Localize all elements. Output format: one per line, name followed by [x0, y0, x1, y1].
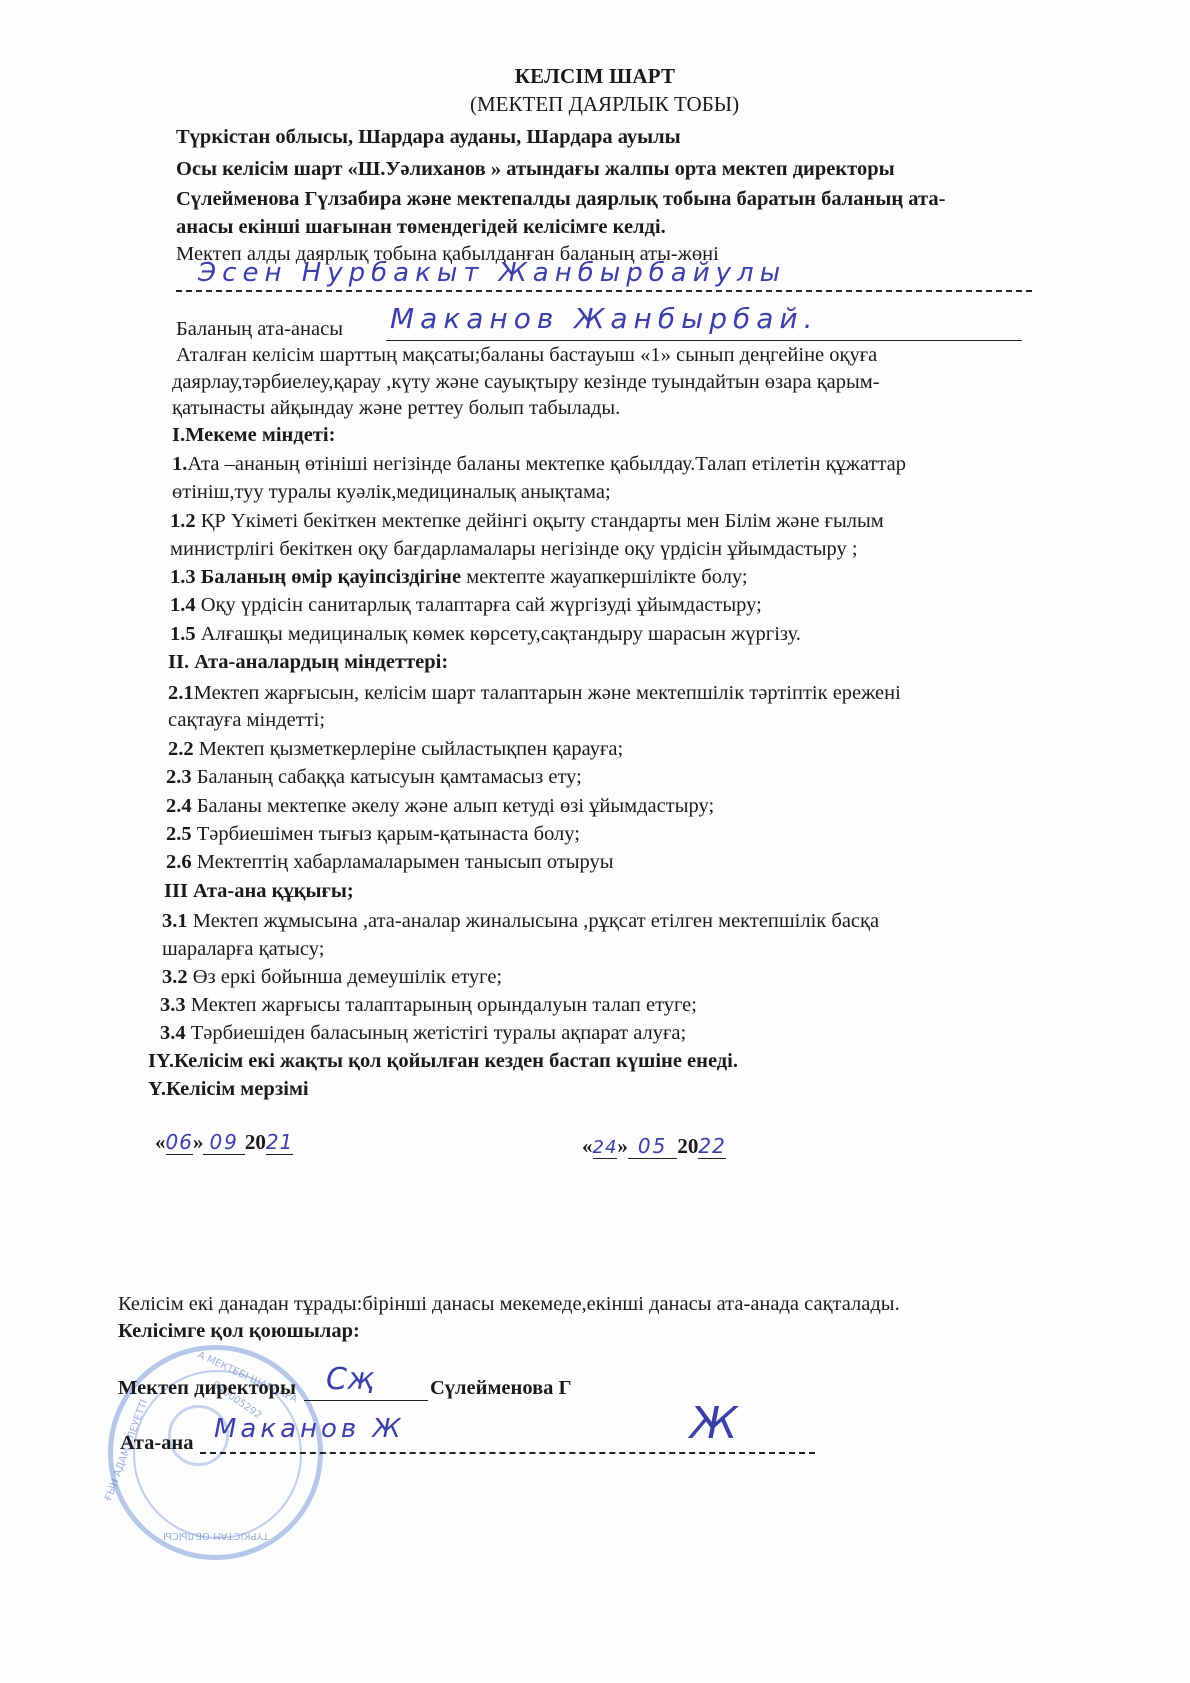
item-number: 1.5	[170, 623, 196, 645]
intro-line-1: Осы келісім шарт «Ш.Уәлиханов » атындағы…	[176, 158, 895, 181]
item-number: 2.1	[168, 682, 194, 704]
item-number: 1.4	[170, 594, 196, 616]
item-number: 1.	[172, 453, 187, 475]
item-number: 2.6	[166, 851, 192, 873]
item-number: 1.3	[170, 566, 196, 588]
purpose-line-3: қатынасты айқындау және реттеу болып таб…	[172, 397, 620, 420]
section-4: IY.Келісім екі жақты қол қойылған кезден…	[148, 1050, 738, 1073]
item-text: мектепте жауапкершілікте болу;	[461, 566, 748, 588]
end-month[interactable]: 05	[628, 1134, 677, 1159]
item-text: Тәрбиешіден баласының жетістігі туралы а…	[186, 1022, 687, 1044]
section-2-item-4: 2.4 Баланы мектепке әкелу және алып кету…	[166, 795, 714, 818]
item-text: Мектептің хабарламаларымен танысып отыру…	[192, 851, 614, 873]
year-prefix: 20	[677, 1134, 698, 1158]
section-3-heading: III Ата-ана құқығы;	[164, 880, 354, 903]
item-bold-text: Баланың өмір қауіпсіздігіне	[196, 566, 461, 588]
end-year[interactable]: 22	[698, 1134, 725, 1159]
quote-open: «	[582, 1134, 593, 1158]
child-name-handwriting: Эсен Нурбакыт Жанбырбайулы	[198, 258, 786, 288]
item-text: Баланы мектепке әкелу және алып кетуді ө…	[192, 795, 715, 817]
document-title: КЕЛСІМ ШАРТ	[0, 64, 1190, 89]
end-day[interactable]: 24	[593, 1137, 618, 1159]
section-3-item-3: 3.3 Мектеп жарғысы талаптарының орындалу…	[160, 994, 697, 1017]
item-text: ҚР Үкіметі бекіткен мектепке дейінгі оқы…	[196, 510, 884, 532]
section-1-item-5: 1.5 Алғашқы медициналық көмек көрсету,са…	[170, 623, 801, 646]
director-signature-line[interactable]: Сҗ	[304, 1378, 428, 1401]
section-3-item-4: 3.4 Тәрбиешіден баласының жетістігі тура…	[160, 1022, 686, 1045]
item-text: Тәрбиешімен тығыз қарым-қатынаста болу;	[192, 823, 580, 845]
stamp-text-bottom: ТҮРКІСТАН ОБЛЫСЫ	[163, 1530, 269, 1541]
parent-handwriting: Маканов Жанбырбай.	[390, 302, 819, 335]
director-signature: Сҗ	[326, 1362, 374, 1397]
item-text: Мектеп жұмысына ,ата-аналар жиналысына ,…	[188, 910, 879, 932]
section-1-item-1-cont: өтініш,туу туралы куәлік,медициналық аны…	[172, 481, 611, 504]
item-text: Мектеп жарғысы талаптарының орындалуын т…	[186, 994, 697, 1016]
section-2-item-3: 2.3 Баланың сабаққа катысуын қамтамасыз …	[166, 766, 582, 789]
item-text: Мектеп қызметкерлеріне сыйластықпен қара…	[194, 738, 624, 760]
item-number: 1.2	[170, 510, 196, 532]
item-text: Өз еркі бойынша демеушілік етуге;	[188, 966, 503, 988]
section-2-item-1-cont: сақтауға міндетті;	[168, 709, 325, 732]
director-label: Мектеп директоры	[118, 1377, 296, 1400]
item-text: Мектеп жарғысын, келісім шарт талаптарын…	[194, 682, 901, 704]
document-subtitle: (МЕКТЕП ДАЯРЛЫК ТОБЫ)	[470, 92, 739, 117]
parent-label: Баланың ата-анасы	[176, 318, 343, 341]
intro-line-2: Сүлейменова Гүлзабира және мектепалды да…	[176, 188, 945, 211]
section-1-item-1: 1.Ата –ананың өтініші негізінде баланы м…	[172, 453, 906, 476]
director-name: Сүлейменова Г	[430, 1377, 572, 1400]
section-1-heading: I.Мекеме міндеті:	[172, 424, 335, 447]
item-number: 3.3	[160, 994, 186, 1016]
item-number: 2.3	[166, 766, 192, 788]
item-text: Ата –ананың өтініші негізінде баланы мек…	[187, 453, 906, 475]
section-3-item-1: 3.1 Мектеп жұмысына ,ата-аналар жиналысы…	[162, 910, 879, 933]
section-1-item-2-cont: министрлігі бекіткен оқу бағдарламалары …	[170, 538, 858, 561]
parent-signature: Ж	[690, 1398, 737, 1449]
section-5: Y.Келісім мерзімі	[148, 1078, 309, 1101]
intro-line-3: анасы екінші шағынан төмендегідей келісі…	[176, 216, 666, 239]
section-1-item-3: 1.3 Баланың өмір қауіпсіздігіне мектепте…	[170, 566, 748, 589]
copies-note: Келісім екі данадан тұрады:бірінші данас…	[118, 1293, 900, 1316]
section-3-item-1-cont: шараларға қатысу;	[162, 938, 324, 961]
parent-signature-line[interactable]: Маканов Ж Ж	[200, 1432, 815, 1454]
item-number: 2.4	[166, 795, 192, 817]
item-number: 3.1	[162, 910, 188, 932]
item-number: 3.4	[160, 1022, 186, 1044]
item-text: Оқу үрдісін санитарлық талаптарға сай жү…	[196, 594, 762, 616]
end-date: «24»052022	[582, 1134, 726, 1159]
section-2-item-2: 2.2 Мектеп қызметкерлеріне сыйластықпен …	[168, 738, 623, 761]
section-2-item-5: 2.5 Тәрбиешімен тығыз қарым-қатынаста бо…	[166, 823, 580, 846]
section-2-item-1: 2.1Мектеп жарғысын, келісім шарт талапта…	[168, 682, 901, 705]
year-prefix: 20	[245, 1130, 266, 1154]
item-number: 2.2	[168, 738, 194, 760]
item-number: 2.5	[166, 823, 192, 845]
quote-close: »	[193, 1130, 204, 1154]
start-month[interactable]: 09	[203, 1130, 244, 1155]
parent-sign-label: Ата-ана	[120, 1432, 194, 1455]
location-line: Түркістан облысы, Шардара ауданы, Шардар…	[176, 126, 681, 149]
signers-heading: Келісімге қол қоюшылар:	[118, 1320, 360, 1343]
start-year[interactable]: 21	[266, 1130, 293, 1155]
item-number: 3.2	[162, 966, 188, 988]
section-2-item-6: 2.6 Мектептің хабарламаларымен танысып о…	[166, 851, 614, 874]
quote-open: «	[155, 1130, 166, 1154]
item-text: Алғашқы медициналық көмек көрсету,сақтан…	[196, 623, 801, 645]
start-date: «06»092021	[155, 1130, 293, 1155]
start-day[interactable]: 06	[166, 1130, 193, 1155]
section-1-item-2: 1.2 ҚР Үкіметі бекіткен мектепке дейінгі…	[170, 510, 884, 533]
child-name-field[interactable]: Эсен Нурбакыт Жанбырбайулы	[176, 270, 1032, 292]
purpose-line-1: Аталған келісім шарттың мақсаты;баланы б…	[176, 344, 877, 367]
purpose-line-2: даярлау,тәрбиелеу,қарау ,күту және сауық…	[172, 371, 880, 394]
section-2-heading: II. Ата-аналардың міндеттері:	[168, 651, 448, 674]
parent-signature-name: Маканов Ж	[214, 1414, 405, 1444]
section-3-item-2: 3.2 Өз еркі бойынша демеушілік етуге;	[162, 966, 502, 989]
quote-close: »	[617, 1134, 628, 1158]
section-1-item-4: 1.4 Оқу үрдісін санитарлық талаптарға са…	[170, 594, 762, 617]
item-text: Баланың сабаққа катысуын қамтамасыз ету;	[192, 766, 582, 788]
parent-field[interactable]: Маканов Жанбырбай.	[386, 316, 1022, 341]
